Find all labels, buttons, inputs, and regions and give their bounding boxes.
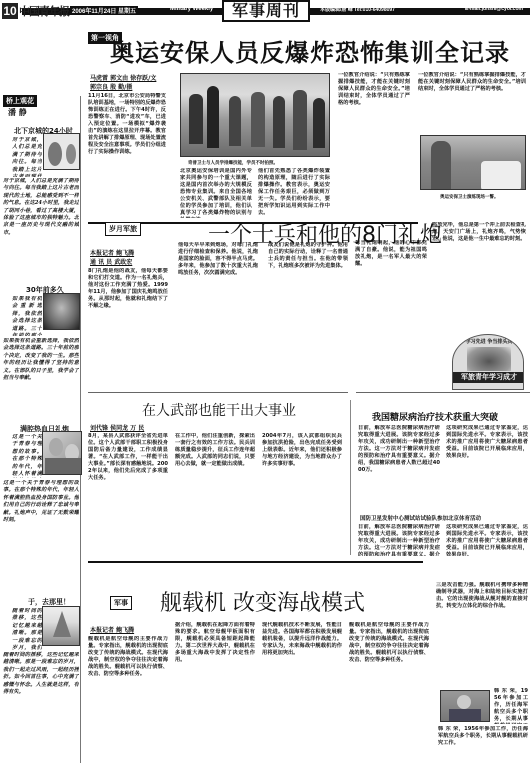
sidebar-item-4-body-left: 随着时间的推移，这些记忆越来越清晰。那是一段难忘的岁月，我们一起走过风雨，一起经… (12, 608, 42, 652)
story4-sub-body-1: 日前，解放军总医院糖尿病治疗研究取得重大进展。该院专家经过多年攻关，成功研制出一… (358, 524, 440, 556)
top-story-body-col2: 北京奥运安保培训是国内外专家共同参与的一个重大课题，这是国内首次举办的大规模反恐… (180, 168, 252, 218)
page-number: 10 (2, 3, 18, 19)
editor-email: E-mail:junshi@cyol.com (465, 6, 523, 12)
story2-body-col5: 鸣放完毕，他总是第一个冲上前去检查礼炮。天安门广场上，礼炮齐鸣，气势恢宏。他说，… (432, 222, 526, 314)
story3-body-col2: 在工作中，他们注重创新，探索出一套行之有效的工作方法。民兵训练质量稳步提升，征兵… (175, 433, 255, 553)
story2-body-col2: 他每天早早来到炮场，对每门礼炮进行仔细检查和保养。他说，礼炮是国家的脸面，容不得… (178, 242, 258, 388)
top-story-body-col1: 11月16日，北京市公安局特警支队培训基地，一场特别的反爆炸恐怖训练正在进行。下… (88, 93, 166, 233)
story2-tag: 岁月军旅 (105, 222, 141, 236)
story2-byline-1: 本报记者 鲍飞腾 (90, 249, 134, 258)
badge-arc-text: 学习先进 争当排头兵 (457, 338, 521, 345)
story5-profile-photo (440, 690, 490, 722)
story2-byline-2: 通 讯 员 武政宏 (90, 258, 132, 267)
story3-byline: 刘代锋 侯同龙 万 民 (90, 424, 144, 433)
sidebar-divider (80, 96, 81, 763)
top-story-photo-caption: 奇普卫士与人员学排爆技能，学员不时拍照。 (188, 160, 278, 166)
top-story-photo (180, 73, 330, 157)
top-story-headline: 奥运安保人员反爆炸恐怖集训全记录 (110, 33, 530, 68)
editor-line: 本版编辑/唐 峰 Tel:010-64098097 (320, 6, 395, 13)
story4-body-col2: 这项研究成果已通过专家鉴定，达到国际先进水平。专家表示，该技术的推广应用将使广大… (446, 425, 528, 510)
story4-headline: 我国糖尿病治疗技术获重大突破 (372, 410, 498, 423)
sidebar-item-1-body-left: 对于京城，人们总是充满了期待与向往。每当我踏上这片古老而现代的土地，总能感受到不… (12, 137, 42, 177)
story5-byline: 本报记者 鲍飞腾 (90, 626, 134, 635)
sidebar-item-1-body: 对于京城，人们总是充满了期待与向往。每当我踏上这片古老而现代的土地，总能感受到不… (3, 178, 79, 288)
story4-sub-body-2: 这项研究成果已通过专家鉴定，达到国际先进水平。专家表示，该技术的推广应用将使广大… (446, 524, 528, 556)
sidebar-item-3-photo (42, 431, 82, 475)
story3-divider (350, 400, 351, 555)
paper-logo: 中国青年报 (19, 3, 69, 19)
story5-tag: 军事 (110, 596, 132, 610)
story5-body-col2: 据介绍，舰载机在起降方面有着特殊的要求。航空母舰甲板面积有限，舰载机必须具备短距… (175, 622, 255, 760)
story2-body-col3: 战友们说他是礼炮的守护神。他用自己的实际行动，诠释了一名普通士兵的责任与担当。在… (268, 242, 348, 388)
sidebar-item-3-body-left: 这是一个关于青春与理想的故事。在那个特殊的年代，年轻人怀着满腔热血投身国防事业。… (12, 434, 42, 478)
story2-right-rule (356, 392, 530, 393)
story5-body-col1: 舰载机是航空母舰的主要作战力量。专家指出，舰载机的出现彻底改变了传统的海战模式。… (88, 636, 168, 760)
sidebar-author: 潘 静 (8, 107, 27, 118)
sidebar-section-tag: 桥上观花 (3, 95, 37, 107)
story3-body-col3: 2004年7月，该人武部组织民兵参加抗洪抢险，出色完成任务受到上级表彰。近年来，… (262, 433, 342, 553)
sidebar-item-2-body-left: 如果我有机会重新选择，我依然会选择这条道路。三十年前的那个决定，改变了我的一生。… (12, 296, 42, 336)
top-story-body-col4: 一位教官介绍说：“只有熟练掌握排爆技能，才能在关键时刻保障人民群众的生命安全。”… (338, 72, 410, 218)
story5-top-rule (88, 561, 423, 563)
top-story-byline-2: 郭宗良 殷 勤/摄 (90, 83, 132, 92)
sidebar-item-2-photo (43, 293, 80, 330)
sidebar-item-2-body: 如果我有机会重新选择，我依然会选择这条道路。三十年前的那个决定，改变了我的一生。… (3, 338, 79, 423)
badge-title: 军旅青年学习成才 (453, 372, 524, 383)
weekly-english-title: Military Weekly (170, 6, 213, 12)
story4-subhead: 国防卫星发射中心测试站试验队参加北京体育活动 (360, 514, 481, 522)
top-story-byline-1: 马虎雷 郭文由 徐存跃/文 (90, 74, 156, 83)
story5-body-col3: 现代舰载机技术不断发展，性能日益先进。各国海军都在积极发展舰载机装备，以提升远洋… (262, 622, 342, 760)
story2-badge: 学习先进 争当排头兵 军旅青年学习成才 (452, 334, 524, 390)
story4-body-col1: 日前，解放军总医院糖尿病治疗研究取得重大进展。该院专家经过多年攻关，成功研制出一… (358, 425, 440, 510)
sidebar-item-1-photo (43, 133, 80, 170)
top-story-body-col3: 他们首先熟悉了各类爆炸装置的构造原理，随后进行了实际排爆操作。教官表示，奥运安保… (258, 168, 330, 218)
issue-date: 2006年11月24日 星期五 (70, 6, 138, 15)
story3-body-col1: 8月，某县人武部获评全省先进单位。这个人武部干部职工积极投身国防后备力量建设，工… (88, 433, 168, 553)
story2-bottom-rule (88, 392, 348, 393)
story5-body-col5: 三是攻击能力强。舰载机可携带多种精确制导武器，对海上和陆地目标实施打击。它的出现… (436, 582, 528, 686)
story2-body-col4: 每当礼炮响起，他的心中都充满了自豪。他说，能为祖国鸣放礼炮，是一名军人最大的荣耀… (355, 240, 427, 388)
story3-headline: 在人武部也能干出大事业 (142, 400, 296, 420)
top-story-body-col5: 一位教官介绍说：“只有熟练掌握排爆技能，才能在关键时刻保障人民群众的生命安全。”… (418, 72, 526, 124)
story5-profile-caption-cont: 韩 东 荣，1956年参加工作，历任海军航空兵多个职务，长期从事舰载机研究工作。 (438, 726, 528, 760)
top-story-photo-2 (420, 135, 526, 190)
story5-profile-caption: 韩 东 荣，1956年参加工作，历任海军航空兵多个职务，长期从事舰载机研究工作。 (494, 688, 528, 724)
sidebar-item-3-body: 这是一个关于青春与理想的故事。在那个特殊的年代，年轻人怀着满腔热血投身国防事业。… (3, 480, 79, 592)
story5-body-col4: 舰载机是航空母舰的主要作战力量。专家指出，舰载机的出现彻底改变了传统的海战模式。… (349, 622, 429, 760)
top-story-photo-2-caption: 奥运安保卫士演练现场一瞥。 (440, 194, 499, 200)
section-title: 军事周刊 (222, 0, 310, 22)
story2-body-col1: 8门礼炮是他的战友，他每天都要和它们打交道。作为一名礼炮兵，他对这份工作充满了热… (88, 268, 168, 388)
story5-headline: 舰载机 改变海战模式 (160, 586, 365, 617)
sidebar-item-4-body: 随着时间的推移，这些记忆越来越清晰。那是一段难忘的岁月，我们一起走过风雨，一起经… (3, 652, 79, 760)
sidebar-item-4-photo (42, 606, 80, 646)
